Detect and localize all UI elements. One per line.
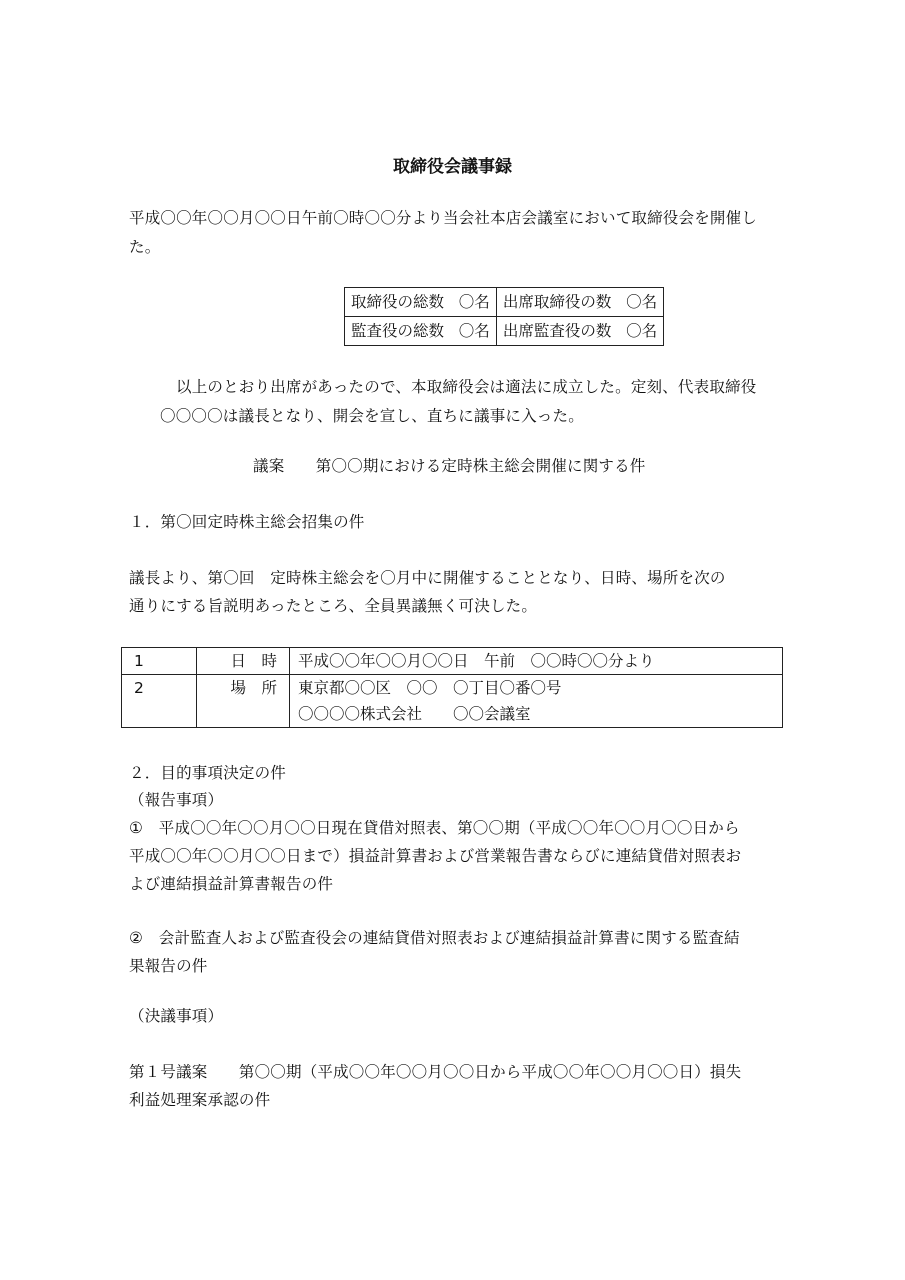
report-item-2-line-2: 果報告の件	[129, 956, 208, 976]
resolution-items-label: （決議事項）	[129, 1006, 223, 1026]
report-item-1-line-2: 平成〇〇年〇〇月〇〇日まで）損益計算書および営業報告書ならびに連結貸借対照表お	[129, 846, 741, 866]
schedule-table: 1 日 時 平成〇〇年〇〇月〇〇日 午前 〇〇時〇〇分より 2 場 所 東京都〇…	[121, 647, 783, 728]
table-cell: 監査役の総数 〇名	[345, 317, 497, 346]
section-1-heading: １．第〇回定時株主総会招集の件	[129, 512, 365, 532]
table-cell: 出席監査役の数 〇名	[496, 317, 663, 346]
report-item-2-line-1: ② 会計監査人および監査役会の連結貸借対照表および連結損益計算書に関する監査結	[129, 928, 740, 948]
report-item-1-line-1: ① 平成〇〇年〇〇月〇〇日現在貸借対照表、第〇〇期（平成〇〇年〇〇月〇〇日から	[129, 818, 740, 838]
attendance-table: 取締役の総数 〇名 出席取締役の数 〇名 監査役の総数 〇名 出席監査役の数 〇…	[344, 287, 664, 346]
row-value: 東京都〇〇区 〇〇 〇丁目〇番〇号 〇〇〇〇株式会社 〇〇会議室	[290, 675, 783, 728]
address-line: 東京都〇〇区 〇〇 〇丁目〇番〇号	[298, 675, 782, 701]
table-row: 1 日 時 平成〇〇年〇〇月〇〇日 午前 〇〇時〇〇分より	[122, 648, 783, 675]
table-row: 取締役の総数 〇名 出席取締役の数 〇名	[345, 288, 664, 317]
table-row: 2 場 所 東京都〇〇区 〇〇 〇丁目〇番〇号 〇〇〇〇株式会社 〇〇会議室	[122, 675, 783, 728]
section-1-body-line-2: 通りにする旨説明あったところ、全員異議無く可決した。	[129, 596, 537, 616]
quorum-text-line-1: 以上のとおり出席があったので、本取締役会は適法に成立した。定刻、代表取締役	[176, 377, 756, 397]
section-1-body-line-1: 議長より、第〇回 定時株主総会を〇月中に開催することとなり、日時、場所を次の	[129, 568, 726, 588]
row-value: 平成〇〇年〇〇月〇〇日 午前 〇〇時〇〇分より	[290, 648, 783, 675]
report-items-label: （報告事項）	[129, 790, 223, 810]
agenda-heading: 議案 第〇〇期における定時株主総会開催に関する件	[253, 456, 646, 476]
table-cell: 取締役の総数 〇名	[345, 288, 497, 317]
table-cell: 出席取締役の数 〇名	[496, 288, 663, 317]
quorum-text-line-2: 〇〇〇〇は議長となり、開会を宣し、直ちに議事に入った。	[160, 406, 584, 426]
intro-text-line-1: 平成〇〇年〇〇月〇〇日午前〇時〇〇分より当会社本店会議室において取締役会を開催し	[129, 208, 757, 228]
resolution-1-line-1: 第１号議案 第〇〇期（平成〇〇年〇〇月〇〇日から平成〇〇年〇〇月〇〇日）損失	[129, 1062, 741, 1082]
intro-text-line-2: た。	[129, 237, 160, 257]
document-title: 取締役会議事録	[0, 152, 905, 177]
resolution-1-line-2: 利益処理案承認の件	[129, 1090, 270, 1110]
table-row: 監査役の総数 〇名 出席監査役の数 〇名	[345, 317, 664, 346]
row-number: 2	[122, 675, 197, 728]
row-label: 日 時	[197, 648, 290, 675]
section-2-heading: ２．目的事項決定の件	[129, 763, 286, 783]
venue-line: 〇〇〇〇株式会社 〇〇会議室	[298, 701, 782, 727]
row-label: 場 所	[197, 675, 290, 728]
report-item-1-line-3: よび連結損益計算書報告の件	[129, 874, 333, 894]
row-number: 1	[122, 648, 197, 675]
